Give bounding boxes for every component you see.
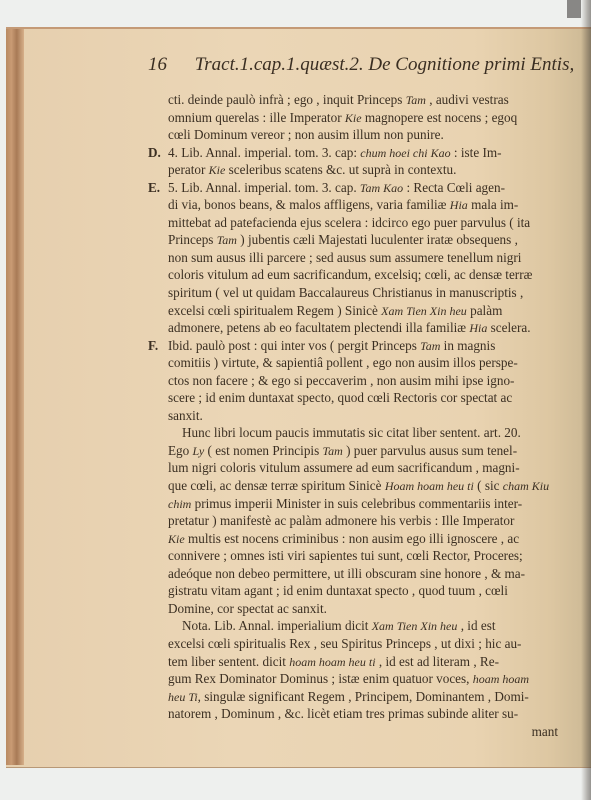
line-text: admonere, petens ab eo facultatem plecte… (168, 320, 531, 335)
text-line: cœli Dominum vereor ; non ausim illum no… (168, 126, 588, 144)
text-line: non sum ausus illi parcere ; sed ausus s… (168, 249, 588, 267)
line-text: 5. Lib. Annal. imperial. tom. 3. cap. Ta… (168, 180, 505, 195)
text-line: admonere, petens ab eo facultatem plecte… (168, 319, 588, 337)
line-text: coloris vitulum ad eum sacrificandum, ex… (168, 267, 532, 282)
footnote-label: F. (148, 337, 168, 355)
line-text: connivere ; omnes isti viri sapientes tu… (168, 548, 523, 563)
text-line: perator Kie sceleribus scatens &c. ut su… (168, 161, 588, 179)
line-text: Ibid. paulò post : qui inter vos ( pergi… (168, 338, 495, 353)
text-line: E.5. Lib. Annal. imperial. tom. 3. cap. … (148, 179, 588, 197)
running-header: 16 Tract.1.cap.1.quæst.2. De Cognitione … (148, 54, 588, 78)
text-line: Domine, cor spectat ac sanxit. (168, 600, 588, 618)
line-text: Ego Ly ( est nomen Principis Tam ) puer … (168, 443, 517, 458)
text-line: que cœli, ac densæ terræ spiritum Sinicè… (168, 477, 588, 495)
text-line: coloris vitulum ad eum sacrificandum, ex… (168, 266, 588, 284)
line-text: chim primus imperii Minister in suis cel… (168, 496, 522, 511)
text-line: gistratu vitam agant ; id enim duntaxat … (168, 582, 588, 600)
page-stack-edge (6, 29, 24, 765)
line-text: heu Ti, singulæ significant Regem , Prin… (168, 689, 529, 704)
line-text: cœli Dominum vereor ; non ausim illum no… (168, 127, 444, 142)
text-line: di via, bonos beans, & malos affligens, … (168, 196, 588, 214)
line-text: natorem , Dominum , &c. licèt etiam tres… (168, 706, 518, 721)
line-text: comitiis ) virtute, & sapientiâ pollent … (168, 355, 518, 370)
footnote-label: D. (148, 144, 168, 162)
line-text: scere ; id enim duntaxat specto, quod cœ… (168, 390, 512, 405)
text-line: F.Ibid. paulò post : qui inter vos ( per… (148, 337, 588, 355)
text-line: tem liber sentent. dicit hoam hoam heu t… (168, 653, 588, 671)
line-text: Kie multis est nocens criminibus : non a… (168, 531, 519, 546)
line-text: perator Kie sceleribus scatens &c. ut su… (168, 162, 456, 177)
text-line: connivere ; omnes isti viri sapientes tu… (168, 547, 588, 565)
footnote-label: E. (148, 179, 168, 197)
line-text: mittebat ad patefacienda ejus scelera : … (168, 215, 530, 230)
text-line: chim primus imperii Minister in suis cel… (168, 495, 588, 513)
text-line: ctos non facere ; & ego si peccaverim , … (168, 372, 588, 390)
line-text: gum Rex Dominator Dominus ; istæ enim qu… (168, 671, 529, 686)
running-title: Tract.1.cap.1.quæst.2. De Cognitione pri… (195, 54, 574, 75)
text-line: Nota. Lib. Annal. imperialium dicit Xam … (168, 617, 588, 635)
gutter-shadow (581, 0, 591, 800)
text-line: gum Rex Dominator Dominus ; istæ enim qu… (168, 670, 588, 688)
text-line: pretatur ) manifestè ac palàm admonere h… (168, 512, 588, 530)
text-line: scere ; id enim duntaxat specto, quod cœ… (168, 389, 588, 407)
line-text: sanxit. (168, 408, 203, 423)
text-line: Princeps Tam ) jubentis cæli Majestati l… (168, 231, 588, 249)
text-line: Hunc libri locum paucis immutatis sic ci… (168, 424, 588, 442)
line-text: spiritum ( vel ut quidam Baccalaureus Ch… (168, 285, 523, 300)
text-line: heu Ti, singulæ significant Regem , Prin… (168, 688, 588, 706)
line-text: gistratu vitam agant ; id enim duntaxat … (168, 583, 508, 598)
binding-clip (567, 0, 581, 18)
line-text: non sum ausus illi parcere ; sed ausus s… (168, 250, 521, 265)
line-text: cti. deinde paulò infrà ; ego , inquit P… (168, 92, 509, 107)
line-text: tem liber sentent. dicit hoam hoam heu t… (168, 654, 499, 669)
text-line: comitiis ) virtute, & sapientiâ pollent … (168, 354, 588, 372)
text-line: sanxit. (168, 407, 588, 425)
line-text: ctos non facere ; & ego si peccaverim , … (168, 373, 514, 388)
text-line: D.4. Lib. Annal. imperial. tom. 3. cap: … (148, 144, 588, 162)
line-text: que cœli, ac densæ terræ spiritum Sinicè… (168, 478, 549, 493)
text-line: mant (168, 723, 588, 741)
text-line: lum nigri coloris vitulum assumere ad eu… (168, 459, 588, 477)
text-line: adeóque non debeo permittere, ut illi ob… (168, 565, 588, 583)
line-text: Hunc libri locum paucis immutatis sic ci… (182, 425, 521, 440)
line-text: omnium querelas : ille Imperator Kie mag… (168, 110, 517, 125)
page-number: 16 (148, 54, 190, 76)
text-line: omnium querelas : ille Imperator Kie mag… (168, 109, 588, 127)
text-line: excelsi cœli spiritualem Regem ) Sinicè … (168, 302, 588, 320)
line-text: di via, bonos beans, & malos affligens, … (168, 197, 518, 212)
text-line: Ego Ly ( est nomen Principis Tam ) puer … (168, 442, 588, 460)
text-line: natorem , Dominum , &c. licèt etiam tres… (168, 705, 588, 723)
text-line: Kie multis est nocens criminibus : non a… (168, 530, 588, 548)
line-text: adeóque non debeo permittere, ut illi ob… (168, 566, 525, 581)
page-body-text: cti. deinde paulò infrà ; ego , inquit P… (168, 91, 588, 740)
line-text: Princeps Tam ) jubentis cæli Majestati l… (168, 232, 518, 247)
line-text: pretatur ) manifestè ac palàm admonere h… (168, 513, 514, 528)
line-text: Nota. Lib. Annal. imperialium dicit Xam … (182, 618, 496, 633)
line-text: excelsi cœli spiritualis Rex , seu Spiri… (168, 636, 521, 651)
text-line: mittebat ad patefacienda ejus scelera : … (168, 214, 588, 232)
text-line: spiritum ( vel ut quidam Baccalaureus Ch… (168, 284, 588, 302)
line-text: mant (532, 724, 558, 739)
text-line: cti. deinde paulò infrà ; ego , inquit P… (168, 91, 588, 109)
line-text: 4. Lib. Annal. imperial. tom. 3. cap: ch… (168, 145, 502, 160)
line-text: Domine, cor spectat ac sanxit. (168, 601, 327, 616)
line-text: excelsi cœli spiritualem Regem ) Sinicè … (168, 303, 502, 318)
line-text: lum nigri coloris vitulum assumere ad eu… (168, 460, 520, 475)
text-line: excelsi cœli spiritualis Rex , seu Spiri… (168, 635, 588, 653)
